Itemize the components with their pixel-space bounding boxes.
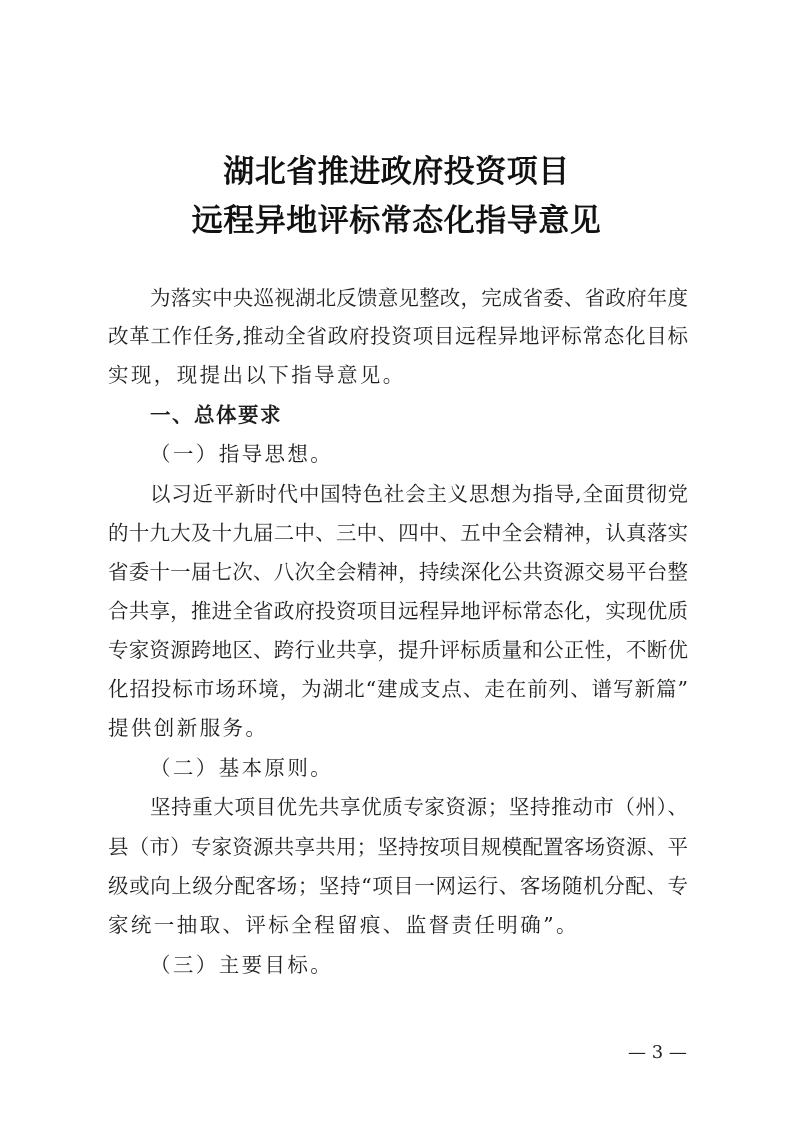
principles-paragraph-line-1: 坚持重大项目优先共享优质专家资源；坚持推动市（州）、 [150, 797, 688, 818]
document-title-line-2: 远程异地评标常态化指导意见 [0, 195, 793, 240]
ideology-paragraph-line-1: 以习近平新时代中国特色社会主义思想为指导,全面贯彻党 [150, 484, 688, 505]
page-number: — 3 — [628, 1042, 687, 1063]
ideology-paragraph-line-5: 专家资源跨地区、跨行业共享，提升评标质量和公正性，不断优 [108, 640, 688, 661]
intro-paragraph-line-3: 实现，现提出以下指导意见。 [108, 365, 406, 386]
ideology-paragraph-line-3: 省委十一届七次、八次全会精神，持续深化公共资源交易平台整 [108, 562, 688, 583]
ideology-paragraph-line-7: 提供创新服务。 [108, 718, 268, 739]
subsection-heading-main-goals: （三）主要目标。 [150, 955, 333, 976]
ideology-paragraph-line-4: 合共享，推进全省政府投资项目远程异地评标常态化，实现优质 [108, 601, 688, 622]
ideology-paragraph-line-6: 化招投标市场环境，为湖北“建成支点、走在前列、谱写新篇” [108, 679, 688, 700]
intro-paragraph-line-2: 改革工作任务,推动全省政府投资项目远程异地评标常态化目标 [108, 326, 688, 347]
section-heading-general-requirements: 一、总体要求 [150, 405, 282, 426]
subsection-heading-guiding-ideology: （一）指导思想。 [150, 444, 333, 465]
principles-paragraph-line-2: 县（市）专家资源共享共用；坚持按项目规模配置客场资源、平 [108, 837, 688, 858]
principles-paragraph-line-4: 家统一抽取、评标全程留痕、监督责任明确”。 [108, 915, 579, 936]
principles-paragraph-line-3: 级或向上级分配客场；坚持“项目一网运行、客场随机分配、专 [108, 876, 688, 897]
document-title-line-1: 湖北省推进政府投资项目 [0, 146, 793, 191]
document-page: 湖北省推进政府投资项目 远程异地评标常态化指导意见 为落实中央巡视湖北反馈意见整… [0, 0, 793, 1122]
ideology-paragraph-line-2: 的十九大及十九届二中、三中、四中、五中全会精神，认真落实 [108, 523, 688, 544]
subsection-heading-basic-principles: （二）基本原则。 [150, 758, 333, 779]
intro-paragraph-line-1: 为落实中央巡视湖北反馈意见整改，完成省委、省政府年度 [150, 288, 688, 309]
